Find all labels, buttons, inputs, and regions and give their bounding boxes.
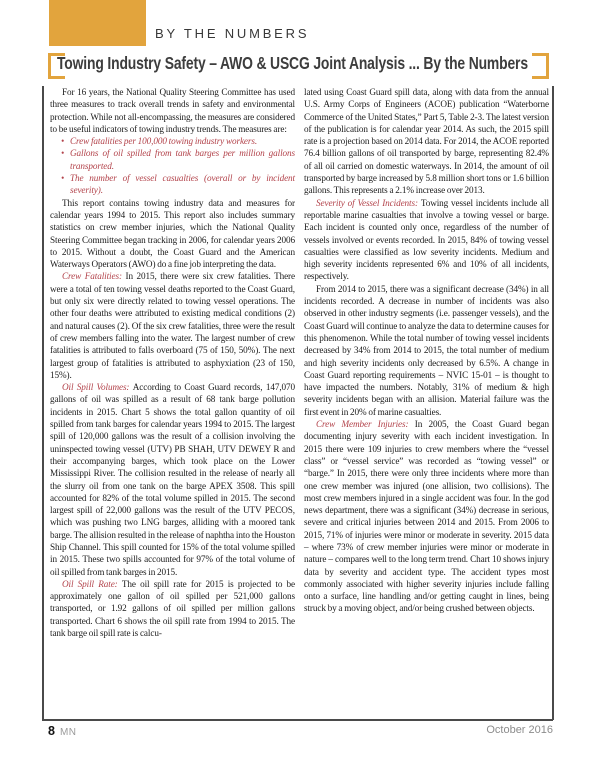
left-border-rule [42,86,44,720]
bullet-item: Gallons of oil spilled from tank barges … [61,147,295,172]
paragraph-lead: Crew Fatalities: [62,271,126,281]
paragraph-lead: Crew Member Injuries: [316,419,415,429]
paragraph: lated using Coast Guard spill data, alon… [304,86,549,197]
paragraph: This report contains towing industry dat… [50,197,295,271]
section-label: BY THE NUMBERS [155,26,309,41]
paragraph-lead: Severity of Vessel Incidents: [316,198,421,208]
bullet-item: Crew fatalities per 100,000 towing indus… [61,135,295,147]
magazine-page: BY THE NUMBERS Towing Industry Safety – … [0,0,600,779]
paragraph: For 16 years, the National Quality Steer… [50,86,295,135]
article-body: For 16 years, the National Quality Steer… [50,86,549,720]
right-column: lated using Coast Guard spill data, alon… [304,86,549,720]
bullet-list: Crew fatalities per 100,000 towing indus… [50,135,295,196]
paragraph: Severity of Vessel Incidents: Towing ves… [304,197,549,283]
page-footer: 8MN October 2016 [48,722,553,738]
issue-date: October 2016 [486,724,553,736]
left-column: For 16 years, the National Quality Steer… [50,86,295,720]
page-number: 8 [48,724,55,738]
page-title: Towing Industry Safety – AWO & USCG Join… [57,53,528,74]
bullet-item: The number of vessel casualties (overall… [61,172,295,197]
paragraph: From 2014 to 2015, there was a significa… [304,283,549,418]
paragraph: Oil Spill Volumes: According to Coast Gu… [50,381,295,578]
gold-accent-block [49,0,146,46]
paragraph: Crew Member Injuries: In 2005, the Coast… [304,418,549,615]
paragraph: Oil Spill Rate: The oil spill rate for 2… [50,578,295,639]
right-border-rule [552,86,554,720]
paragraph-lead: Oil Spill Rate: [62,579,122,589]
paragraph-lead: Oil Spill Volumes: [62,382,133,392]
magazine-code: MN [60,727,77,738]
paragraph: Crew Fatalities: In 2015, there were six… [50,270,295,381]
title-bracket-right-icon [532,53,549,79]
article-title-row: Towing Industry Safety – AWO & USCG Join… [48,50,552,82]
